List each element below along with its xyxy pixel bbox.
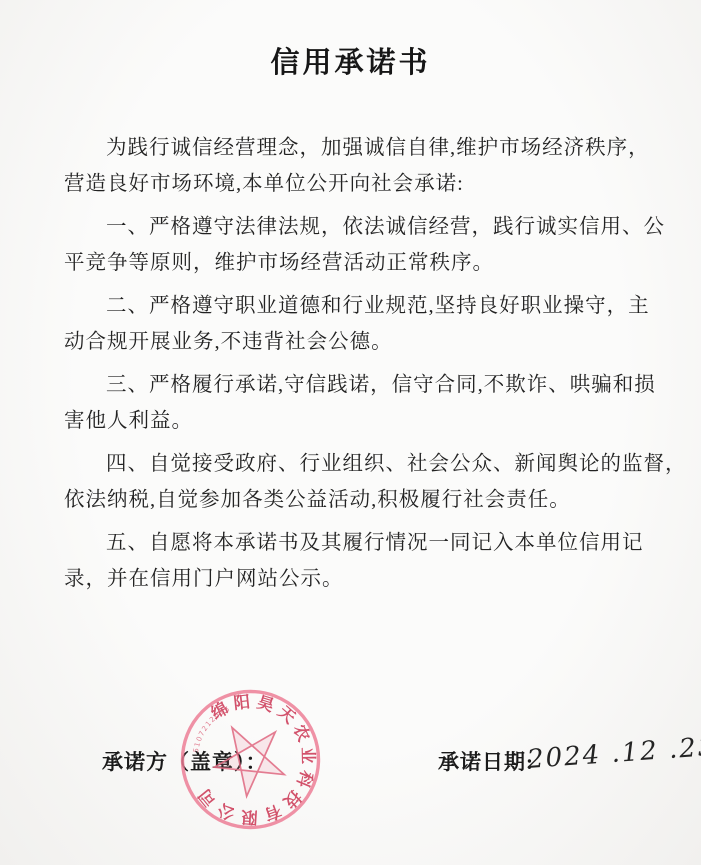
document-page: 信用承诺书 为践行诚信经营理念，加强诚信自律,维护市场经济秩序， 营造良好市场环… — [0, 0, 701, 865]
body-line: 为践行诚信经营理念，加强诚信自律,维护市场经济秩序， — [64, 130, 674, 166]
document-title: 信用承诺书 — [0, 40, 701, 81]
date-label: 承诺日期: — [438, 746, 534, 776]
body-line: 五、自愿将本承诺书及其履行情况一同记入本单位信用记 — [64, 525, 674, 561]
body-line: 营造良好市场环境,本单位公开向社会承诺: — [64, 166, 674, 202]
seal-icon: 绵阳昊天农业科技有限公司 5107212015 — [178, 687, 323, 832]
company-seal-stamp: 绵阳昊天农业科技有限公司 5107212015 — [178, 687, 323, 832]
document-body: 为践行诚信经营理念，加强诚信自律,维护市场经济秩序， 营造良好市场环境,本单位公… — [64, 130, 674, 597]
body-line: 录，并在信用门户网站公示。 — [64, 561, 674, 597]
handwritten-date: 2024 .12 .23. — [526, 731, 701, 775]
body-line: 动合规开展业务,不违背社会公德。 — [64, 324, 674, 360]
body-line: 二、严格遵守职业道德和行业规范,坚持良好职业操守，主 — [64, 288, 674, 324]
body-line: 四、自觉接受政府、行业组织、社会公众、新闻舆论的监督， — [64, 446, 674, 482]
body-line: 害他人利益。 — [64, 403, 674, 439]
body-line: 平竞争等原则，维护市场经营活动正常秩序。 — [64, 245, 674, 281]
seal-star-icon — [202, 710, 296, 803]
body-line: 三、严格履行承诺,守信践诺，信守合同,不欺诈、哄骗和损 — [64, 367, 674, 403]
body-line: 一、严格遵守法律法规，依法诚信经营，践行诚实信用、公 — [64, 209, 674, 245]
body-line: 依法纳税,自觉参加各类公益活动,积极履行社会责任。 — [64, 482, 674, 518]
